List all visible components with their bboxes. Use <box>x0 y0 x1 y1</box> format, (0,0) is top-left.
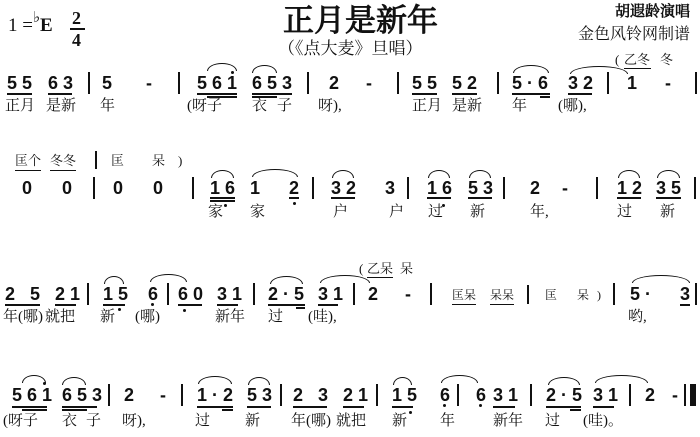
slur <box>548 377 580 385</box>
note-group: 5· <box>630 285 656 303</box>
slur <box>618 170 640 178</box>
barline <box>88 72 90 94</box>
percussion-barline <box>527 285 529 304</box>
octave-dot-high <box>43 382 46 385</box>
barline <box>407 177 409 199</box>
underline <box>392 406 413 408</box>
octave-dot-low <box>118 308 121 311</box>
page-title: 正月是新年 <box>283 4 438 38</box>
time-signature-denominator: 4 <box>72 31 81 49</box>
note-group: 12 <box>617 179 647 197</box>
note-group: 31 <box>493 386 523 404</box>
underline <box>103 304 125 306</box>
slur <box>211 170 234 178</box>
slur <box>62 377 86 385</box>
underline <box>452 304 476 305</box>
underline <box>178 304 202 306</box>
note-group: 3 <box>385 179 400 197</box>
barline <box>181 384 183 406</box>
page-subtitle: （《点大麦》旦唱） <box>278 40 423 58</box>
note-group: 2 <box>124 386 139 404</box>
barline <box>629 384 631 406</box>
slur <box>104 276 124 284</box>
percussion-text: ( <box>615 53 619 66</box>
underline <box>15 170 41 171</box>
underline <box>289 197 299 199</box>
underline <box>5 304 40 306</box>
lyric: (呀子 <box>3 414 38 429</box>
note-group: 1·2 <box>197 386 238 404</box>
note-group: 3 <box>680 285 695 303</box>
note-group: 653 <box>62 386 107 404</box>
lyric: 子 <box>86 414 101 429</box>
note-group: 2·5 <box>546 386 587 404</box>
underline <box>268 304 305 306</box>
underline <box>490 304 514 305</box>
note-group: 53 <box>247 386 277 404</box>
underline <box>222 409 233 411</box>
underline <box>568 93 592 95</box>
percussion-text: ) <box>597 289 601 301</box>
underline <box>318 304 338 306</box>
lyric: (哪), <box>558 99 587 114</box>
rest: 0 <box>22 179 37 197</box>
lyric: 衣 <box>62 414 77 429</box>
underline <box>546 406 581 408</box>
final-barline-thick <box>690 384 696 406</box>
slur <box>198 376 232 384</box>
lyric: 新年 <box>215 310 245 325</box>
note-group: 1 <box>627 74 642 92</box>
barline <box>430 283 432 305</box>
lyric: (哪) <box>135 310 160 325</box>
barline <box>695 72 697 94</box>
lyric: 年(哪) <box>3 310 43 325</box>
lyric: 家 <box>208 205 223 220</box>
octave-dot-low <box>151 303 154 306</box>
time-signature-numerator: 2 <box>72 9 81 27</box>
percussion-text: 冬冬 <box>50 154 76 167</box>
octave-dot-low <box>479 404 482 407</box>
barline <box>613 283 615 305</box>
lyric: 过 <box>617 205 632 220</box>
underline <box>22 409 47 411</box>
octave-dot-low <box>293 202 296 205</box>
underline <box>62 409 87 411</box>
slur <box>657 170 680 178</box>
lyric: 户 <box>333 205 348 220</box>
underline <box>493 406 515 408</box>
barline <box>312 177 314 199</box>
octave-dot-low <box>183 309 186 312</box>
barline <box>497 72 499 94</box>
underline <box>570 409 581 411</box>
note-group: 31 <box>593 386 623 404</box>
note-group: 15 <box>103 285 133 303</box>
note-group: 63 <box>48 74 78 92</box>
note-group: 2 <box>530 179 545 197</box>
underline <box>624 68 651 69</box>
octave-dot-low <box>224 204 227 207</box>
percussion-text: 匡 <box>545 289 557 301</box>
note-group: 2 5 <box>5 285 45 303</box>
slur <box>513 65 549 73</box>
percussion-text: 呆呆 <box>490 289 514 301</box>
note-group: 35 <box>656 179 686 197</box>
rest: 0 <box>153 179 168 197</box>
note-group: 31 <box>217 285 247 303</box>
octave-dot-high <box>231 71 234 74</box>
lyric: 新年 <box>493 414 523 429</box>
underline <box>50 170 76 171</box>
lyric: 家 <box>250 205 265 220</box>
note-group: 15 <box>392 386 422 404</box>
lyric: 过 <box>545 414 560 429</box>
rest: 0 <box>113 179 128 197</box>
note-group: 561 <box>12 386 57 404</box>
barline <box>376 384 378 406</box>
underline <box>197 93 237 95</box>
lyric: (哇)。 <box>583 414 623 429</box>
note-group: 2 <box>329 74 344 92</box>
lyric: 是新 <box>46 99 76 114</box>
barline <box>178 72 180 94</box>
slur <box>320 275 370 283</box>
note-group: 6 <box>148 285 163 303</box>
note-group: 5 <box>102 74 117 92</box>
lyric: 过 <box>195 414 210 429</box>
lyric: 就把 <box>336 414 366 429</box>
slur <box>393 377 412 385</box>
underline <box>367 277 393 278</box>
lyric: 新 <box>470 205 485 220</box>
barline <box>607 72 609 94</box>
percussion-text: 冬 <box>660 53 673 66</box>
lyric: 正月 <box>412 99 442 114</box>
barline <box>397 72 399 94</box>
note-group: 55 <box>412 74 442 92</box>
lyric: 年 <box>440 414 455 429</box>
note-group: 2 <box>289 179 304 197</box>
slur <box>248 377 270 385</box>
lyric: 正月 <box>5 99 35 114</box>
slur <box>570 66 628 74</box>
underline <box>593 406 614 408</box>
barline <box>503 177 505 199</box>
sustain-dash: - <box>160 386 171 404</box>
lyric: 过 <box>428 205 443 220</box>
barline <box>192 177 194 199</box>
underline <box>331 197 355 199</box>
slur <box>441 375 478 383</box>
underline <box>210 197 235 199</box>
underline <box>343 406 364 408</box>
barline <box>694 177 696 199</box>
note-group: 2 <box>645 386 660 404</box>
key-signature-tonic: 1 = <box>8 16 33 36</box>
barline <box>695 283 697 305</box>
percussion-text: 匡 <box>111 154 124 167</box>
transcriber-credit: 金色风铃网制谱 <box>578 25 690 43</box>
percussion-text: ( <box>359 262 363 275</box>
underline <box>617 197 641 199</box>
percussion-text: ) <box>178 154 182 167</box>
lyric: 新 <box>660 205 675 220</box>
underline <box>468 197 492 199</box>
sustain-dash: - <box>665 74 676 92</box>
slur <box>332 170 354 178</box>
slur <box>150 274 187 282</box>
slur <box>252 65 277 73</box>
lyric: 年, <box>530 205 549 220</box>
note-group: 52 <box>452 74 482 92</box>
note-group: 6 <box>440 386 455 404</box>
note-group: 5·6 <box>512 74 553 92</box>
lyric: 新 <box>100 310 115 325</box>
slur <box>428 170 450 178</box>
note-group: 60 <box>178 285 208 303</box>
slur <box>252 169 298 177</box>
underline <box>197 406 233 408</box>
lyric: 是新 <box>452 99 482 114</box>
note-group: 2·5 <box>268 285 309 303</box>
note-group: 32 <box>568 74 598 92</box>
underline <box>412 93 437 95</box>
note-group: 16 <box>427 179 457 197</box>
octave-dot-low <box>443 404 446 407</box>
slur <box>595 375 648 383</box>
slur <box>207 63 237 71</box>
barline <box>307 72 309 94</box>
lyric: 年 <box>512 99 527 114</box>
barline <box>108 384 110 406</box>
barline <box>93 177 95 199</box>
lyric: 就把 <box>45 310 75 325</box>
percussion-text: 匡个 <box>15 154 41 167</box>
underline <box>540 96 550 98</box>
lyric: (哇), <box>308 310 337 325</box>
percussion-barline <box>95 151 97 169</box>
percussion-text: 乙呆 <box>367 262 393 275</box>
underline <box>210 200 235 202</box>
underline <box>656 197 681 199</box>
barline <box>353 283 355 305</box>
slur <box>632 275 690 283</box>
lyric: 年(哪) <box>291 414 331 429</box>
barline <box>87 283 89 305</box>
lyric: 衣 <box>252 99 267 114</box>
sustain-dash: - <box>366 74 377 92</box>
underline <box>427 197 451 199</box>
percussion-text: 呆 <box>577 289 589 301</box>
barline <box>167 283 169 305</box>
underline <box>452 93 477 95</box>
rest: 0 <box>62 179 77 197</box>
octave-dot-low <box>409 411 412 414</box>
sustain-dash: - <box>146 74 157 92</box>
sustain-dash: - <box>405 285 416 303</box>
underline <box>62 406 97 408</box>
percussion-text: 呆 <box>152 154 165 167</box>
barline <box>596 177 598 199</box>
note-group: 1 <box>250 179 265 197</box>
lyric: 户 <box>389 205 404 220</box>
note-group: 6 <box>476 386 491 404</box>
underline <box>293 406 327 408</box>
underline <box>217 304 238 306</box>
underline <box>7 93 32 95</box>
note-group: 53 <box>468 179 498 197</box>
underline <box>48 93 72 95</box>
underline <box>296 307 305 309</box>
lyric: 新 <box>245 414 260 429</box>
lyric: 呀), <box>122 414 146 429</box>
barline <box>253 283 255 305</box>
key-signature-key: E <box>40 16 53 36</box>
lyric: 过 <box>268 310 283 325</box>
percussion-text: 匡呆 <box>452 289 476 301</box>
note-group: 31 <box>318 285 348 303</box>
note-group: 21 <box>55 285 85 303</box>
performer-credit: 胡遐龄演唱 <box>615 3 690 19</box>
note-group: 2 3 <box>293 386 333 404</box>
note-group: 2 <box>368 285 383 303</box>
lyric: 新 <box>392 414 407 429</box>
sustain-dash: - <box>672 386 683 404</box>
barline <box>530 384 532 406</box>
underline <box>252 93 292 95</box>
lyric: 呀), <box>318 99 342 114</box>
note-group: 21 <box>343 386 373 404</box>
underline <box>55 304 76 306</box>
score-page: 1 = ♭ E 2 4 正月是新年 （《点大麦》旦唱） 胡遐龄演唱 金色风铃网制… <box>0 0 700 437</box>
underline <box>12 406 47 408</box>
underline <box>247 406 271 408</box>
underline <box>512 93 550 95</box>
slur <box>270 276 303 284</box>
final-barline-thin <box>684 384 686 406</box>
note-group: 653 <box>252 74 297 92</box>
underline <box>680 304 690 306</box>
sustain-dash: - <box>562 179 573 197</box>
slur <box>469 170 491 178</box>
lyric: (呀子 <box>187 99 222 114</box>
note-group: 55 <box>7 74 37 92</box>
note-group: 561 <box>197 74 242 92</box>
note-group: 16 <box>210 179 240 197</box>
percussion-text: 呆 <box>400 262 413 275</box>
note-group: 32 <box>331 179 361 197</box>
lyric: 年 <box>100 99 115 114</box>
barline <box>280 384 282 406</box>
lyric: 子 <box>277 99 292 114</box>
percussion-text: 乙冬 <box>624 53 650 66</box>
lyric: 哟, <box>628 310 647 325</box>
barline <box>457 384 459 406</box>
